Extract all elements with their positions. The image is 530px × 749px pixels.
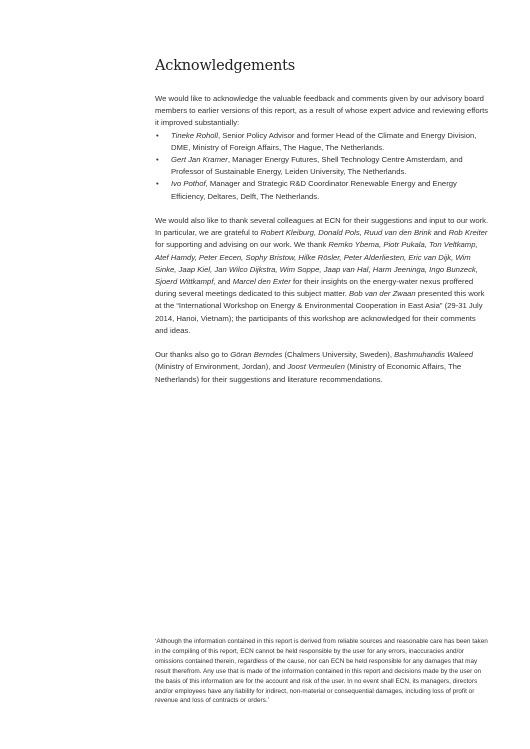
list-item: • Ivo Pothof, Manager and Strategic R&D … <box>155 178 490 202</box>
text-run: (Chalmers University, Sweden), <box>282 350 394 359</box>
person-names: Rob Kreiter <box>449 228 488 237</box>
person-names: Marcel den Exter <box>233 277 291 286</box>
person-names: Göran Berndes <box>230 350 282 359</box>
bullet-icon: • <box>156 178 159 190</box>
text-run: Our thanks also go to <box>155 350 230 359</box>
text-run: for supporting and advising on our work.… <box>155 240 328 249</box>
intro-paragraph: We would like to acknowledge the valuabl… <box>155 93 490 130</box>
disclaimer: ‘Although the information contained in t… <box>155 637 490 706</box>
advisor-name: Ivo Pothof <box>171 179 206 188</box>
advisor-description: , Manager and Strategic R&D Coordinator … <box>171 179 457 200</box>
document-page: Acknowledgements We would like to acknow… <box>0 0 530 749</box>
person-names: Joost Vermeulen <box>287 362 344 371</box>
bullet-icon: • <box>156 130 159 142</box>
text-run: and <box>431 228 448 237</box>
advisor-name: Gert Jan Kramer <box>171 155 228 164</box>
colleagues-paragraph: We would also like to thank several coll… <box>155 215 490 337</box>
person-names: Bob van der Zwaan <box>349 289 416 298</box>
advisor-name: Tineke Roholl <box>171 131 218 140</box>
bullet-icon: • <box>156 154 159 166</box>
list-item: • Tineke Roholl, Senior Policy Advisor a… <box>155 130 490 154</box>
text-run: and <box>216 277 233 286</box>
others-paragraph: Our thanks also go to Göran Berndes (Cha… <box>155 349 490 386</box>
page-title: Acknowledgements <box>155 58 295 74</box>
text-run: (Ministry of Environment, Jordan), and <box>155 362 287 371</box>
person-names: Robert Kleiburg, Donald Pols, Ruud van d… <box>261 228 432 237</box>
person-names: Bashmuhandis Waleed <box>394 350 473 359</box>
acknowledgements-body: We would like to acknowledge the valuabl… <box>155 93 490 386</box>
list-item: • Gert Jan Kramer, Manager Energy Future… <box>155 154 490 178</box>
advisor-list: • Tineke Roholl, Senior Policy Advisor a… <box>155 130 490 203</box>
